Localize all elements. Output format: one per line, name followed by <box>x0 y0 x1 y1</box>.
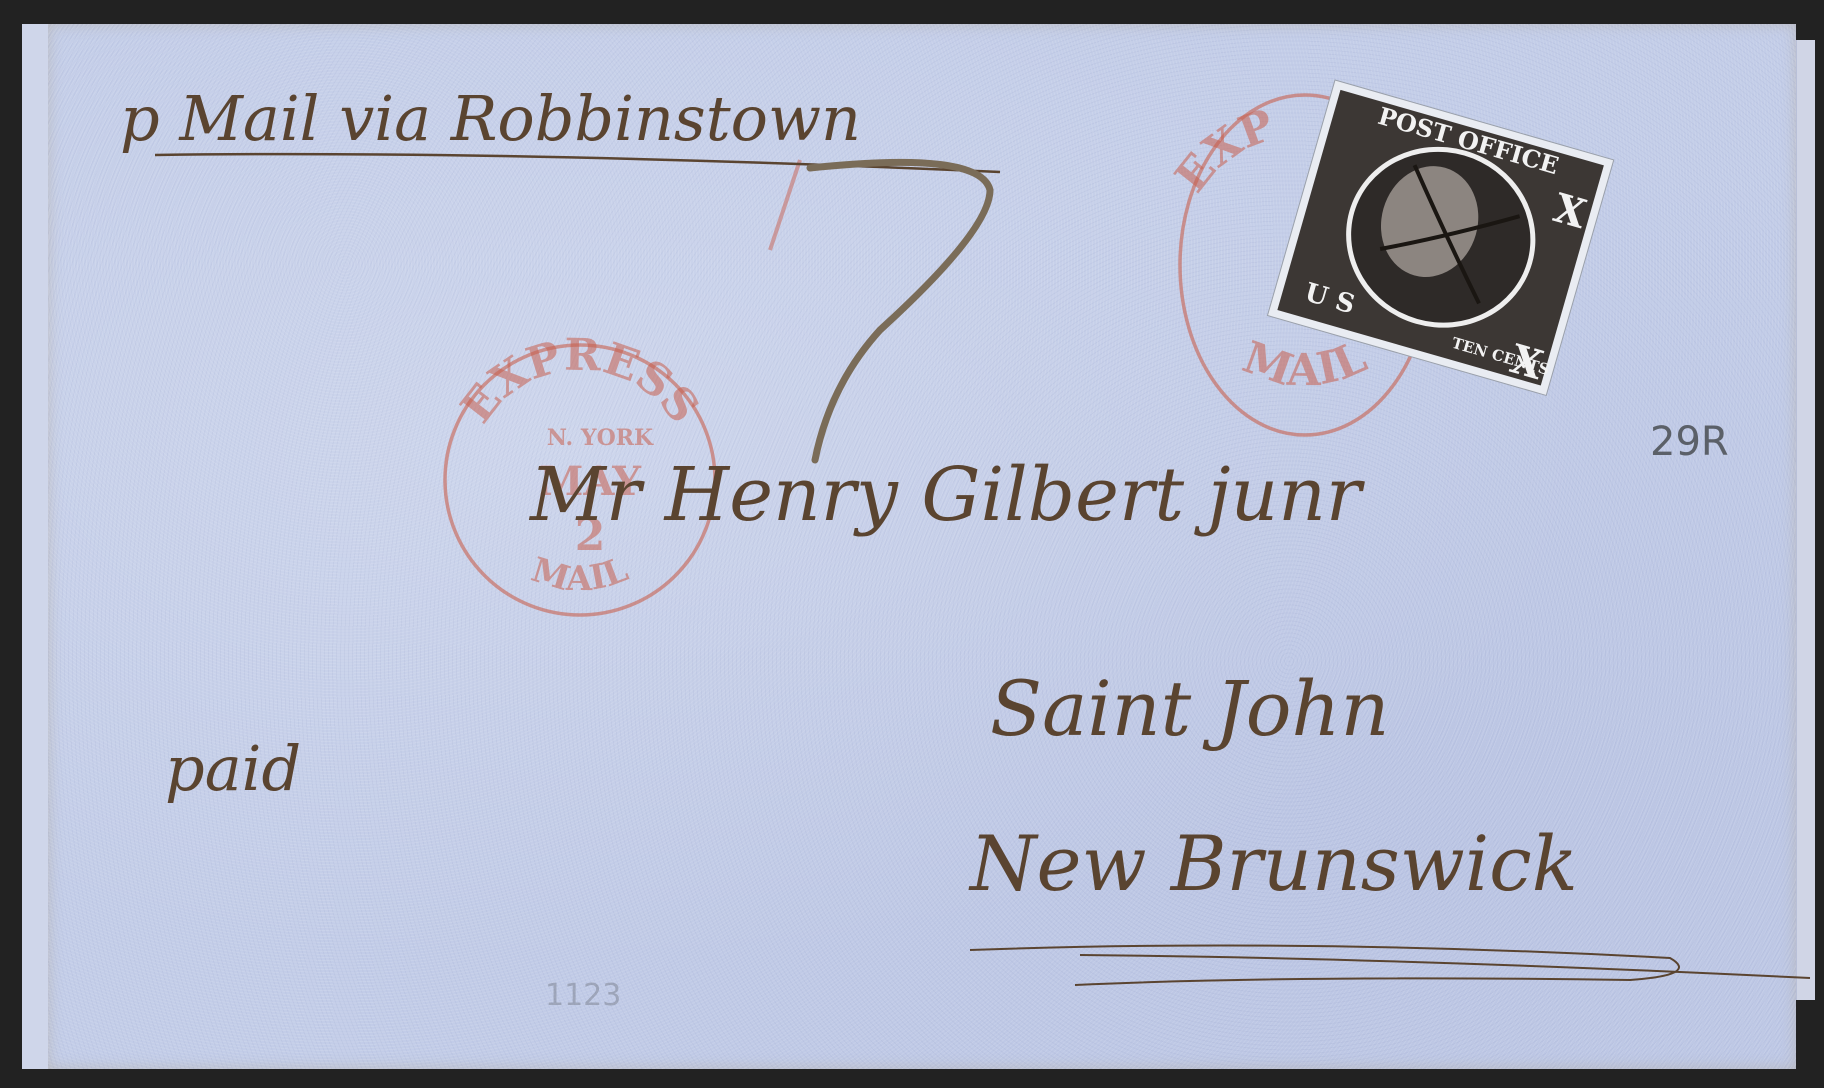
pencil-bottom-note: 1123 <box>545 978 621 1013</box>
paid-note: paid <box>165 732 301 805</box>
cover-markings: EXPRESS MAIL N. YORK MAY 2 EXP MAIL POST… <box>0 0 1824 1088</box>
addressee-name: Mr Henry Gilbert junr <box>528 452 1366 538</box>
addressee-city: Saint John <box>990 664 1389 753</box>
addressee-province: New Brunswick <box>968 819 1578 908</box>
postmark-city: N. YORK <box>547 425 654 451</box>
pencil-catalog-note: 29R <box>1650 419 1729 465</box>
postmark-right-top-text: EXP <box>1166 100 1281 202</box>
red-ink-fragment <box>770 160 800 250</box>
routing-instruction: p Mail via Robbinstown <box>120 82 861 155</box>
postmark-right-bottom-text: MAIL <box>1236 332 1373 397</box>
rate-mark-7 <box>810 162 990 460</box>
address-flourish <box>970 946 1810 986</box>
